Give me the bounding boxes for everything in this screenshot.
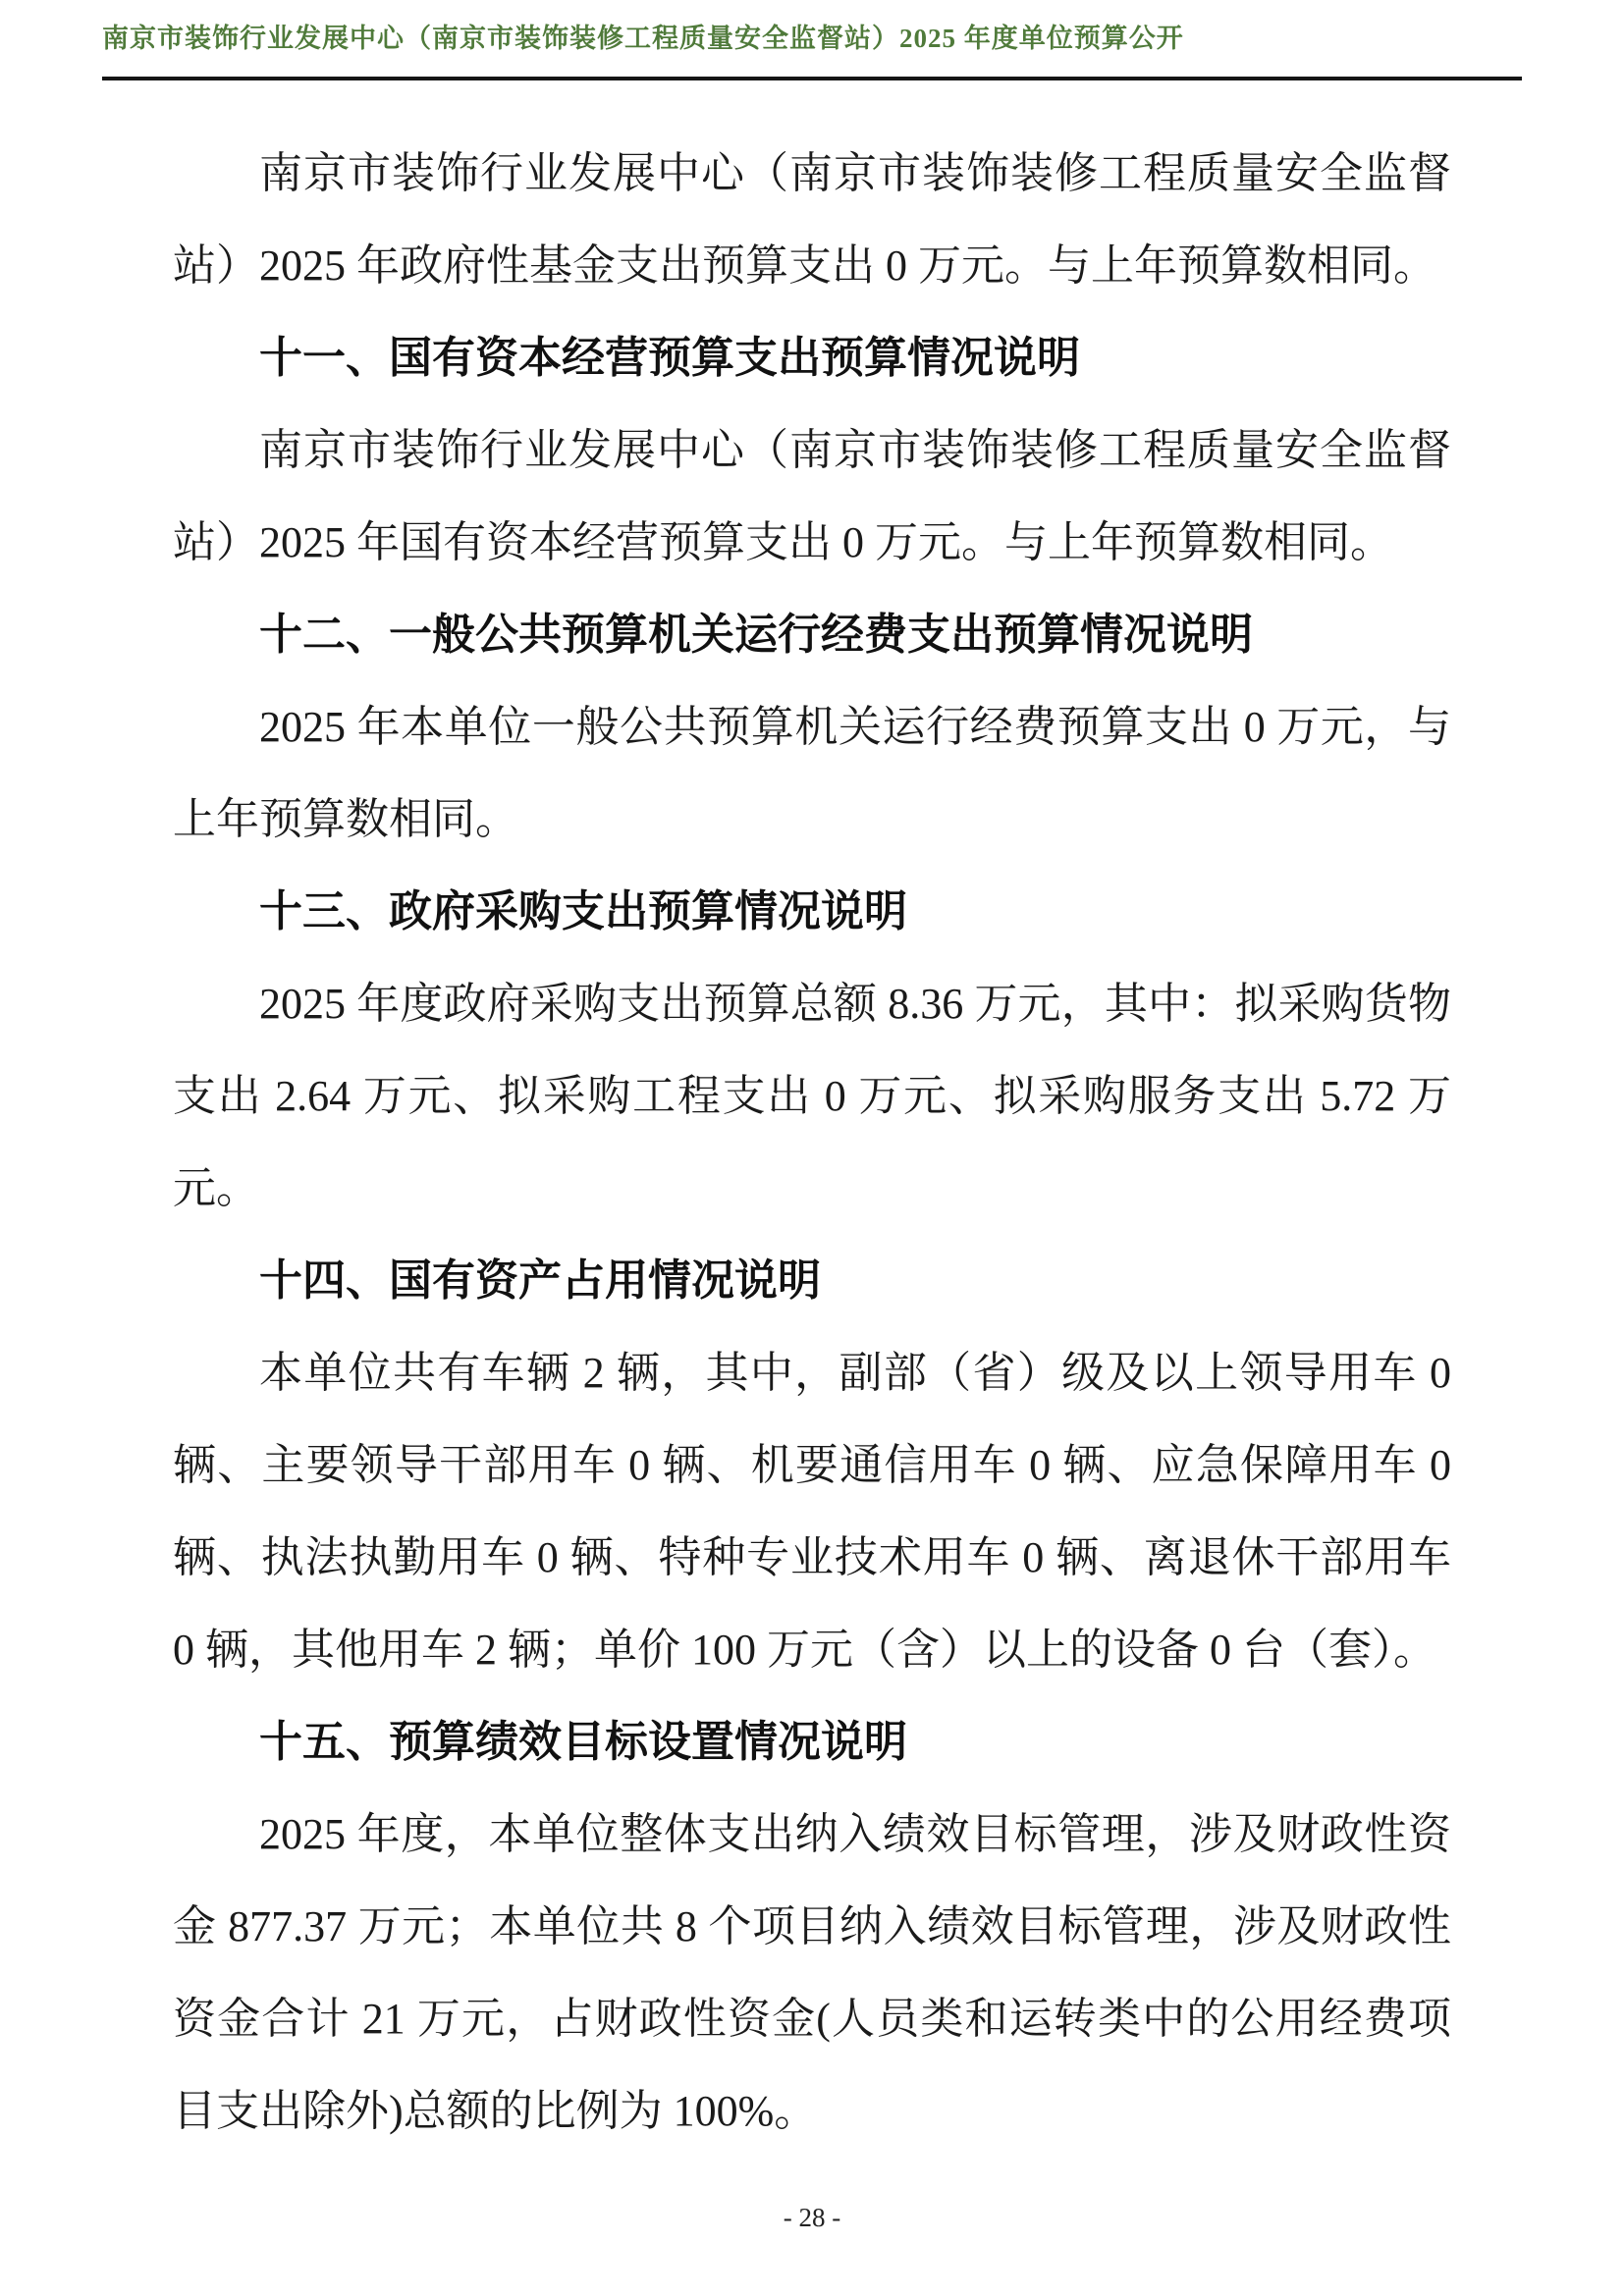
heading-agency-operating-expense: 十二、一般公共预算机关运行经费支出预算情况说明 [173, 589, 1451, 681]
paragraph-performance-targets: 2025 年度，本单位整体支出纳入绩效目标管理，涉及财政性资金 877.37 万… [173, 1789, 1451, 2158]
document-body: 南京市装饰行业发展中心（南京市装饰装修工程质量安全监督站）2025 年政府性基金… [173, 128, 1451, 2158]
paragraph-agency-operating-expense: 2025 年本单位一般公共预算机关运行经费预算支出 0 万元，与上年预算数相同。 [173, 681, 1451, 866]
document-header: 南京市装饰行业发展中心（南京市装饰装修工程质量安全监督站）2025 年度单位预算… [102, 22, 1522, 80]
paragraph-gov-fund-budget: 南京市装饰行业发展中心（南京市装饰装修工程质量安全监督站）2025 年政府性基金… [173, 128, 1451, 312]
paragraph-state-assets-occupancy: 本单位共有车辆 2 辆，其中，副部（省）级及以上领导用车 0 辆、主要领导干部用… [173, 1327, 1451, 1696]
paragraph-gov-procurement: 2025 年度政府采购支出预算总额 8.36 万元，其中：拟采购货物支出 2.6… [173, 958, 1451, 1235]
document-page: 南京市装饰行业发展中心（南京市装饰装修工程质量安全监督站）2025 年度单位预算… [0, 0, 1624, 2296]
page-number: - 28 - [0, 2203, 1624, 2233]
heading-performance-targets: 十五、预算绩效目标设置情况说明 [173, 1696, 1451, 1789]
paragraph-state-capital-budget: 南京市装饰行业发展中心（南京市装饰装修工程质量安全监督站）2025 年国有资本经… [173, 404, 1451, 589]
heading-state-assets-occupancy: 十四、国有资产占用情况说明 [173, 1235, 1451, 1327]
document-header-title: 南京市装饰行业发展中心（南京市装饰装修工程质量安全监督站）2025 年度单位预算… [102, 22, 1522, 55]
heading-state-capital-budget: 十一、国有资本经营预算支出预算情况说明 [173, 312, 1451, 404]
heading-gov-procurement: 十三、政府采购支出预算情况说明 [173, 866, 1451, 958]
